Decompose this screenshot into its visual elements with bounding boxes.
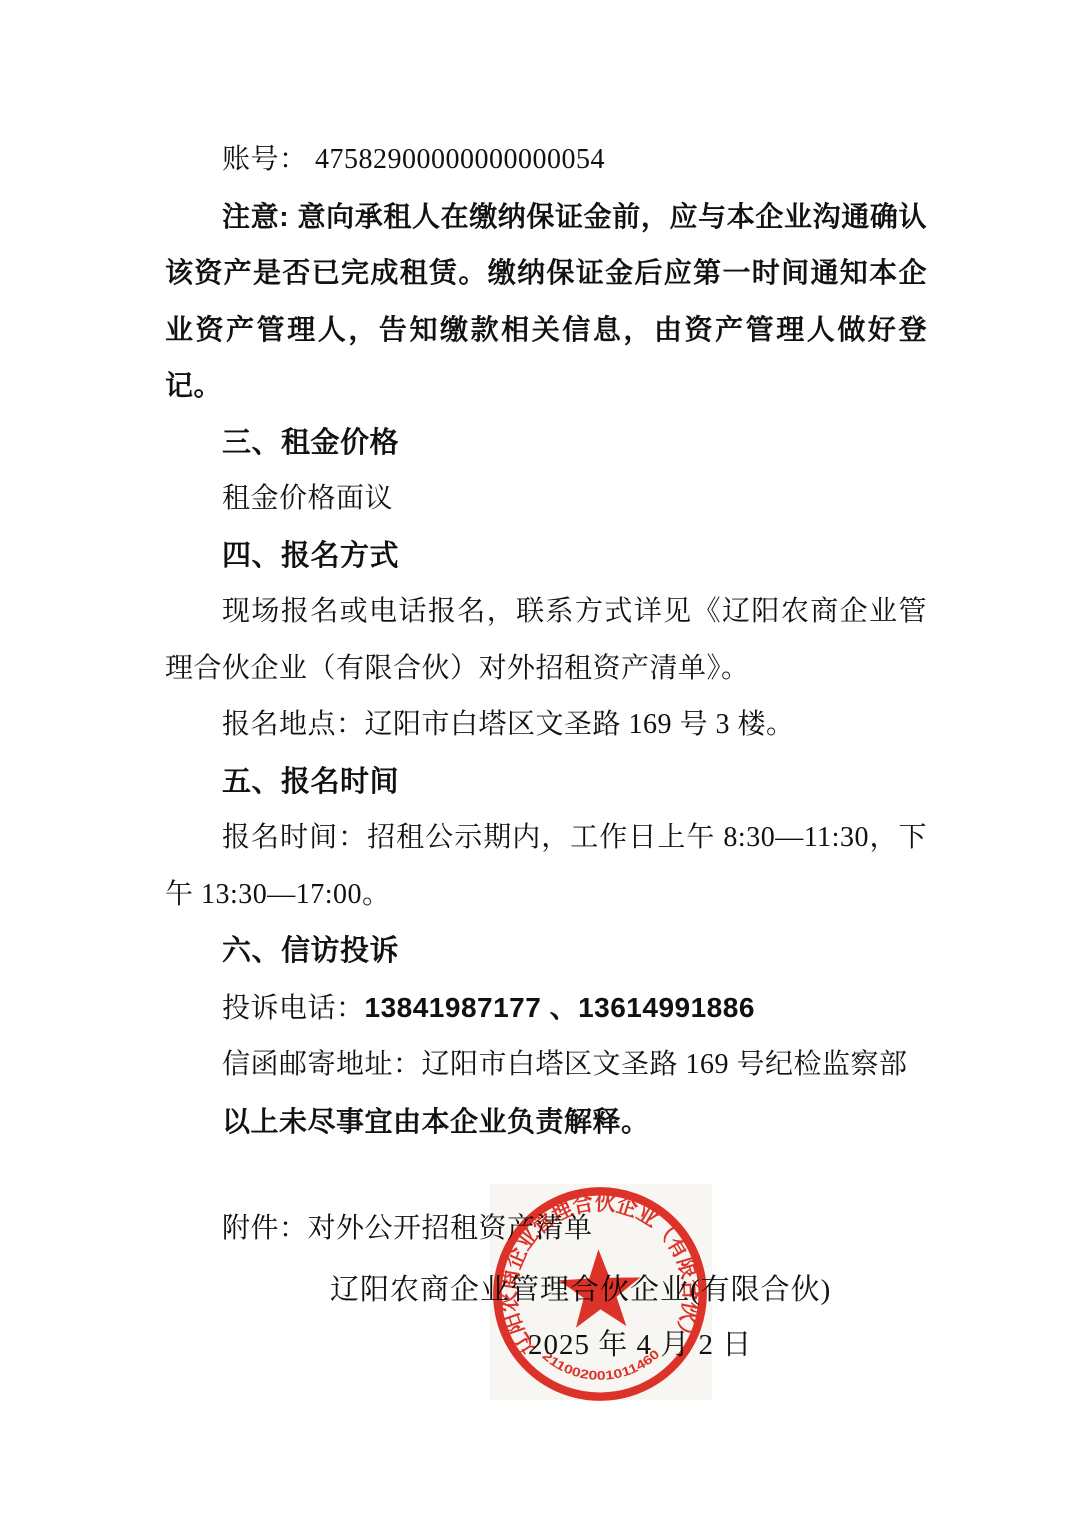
- seal-number: 211002001011460: [539, 1345, 663, 1385]
- section-heading-complaints: 六、信访投诉: [165, 923, 927, 980]
- section-heading-rent-price: 三、租金价格: [165, 415, 927, 472]
- signup-method-paragraph: 现场报名或电话报名，联系方式详见《辽阳农商企业管理合伙企业（有限合伙）对外招租资…: [165, 584, 927, 697]
- document-body: 账号： 47582900000000000054注意: 意向承租人在缴纳保证金前…: [165, 132, 927, 1258]
- signup-time-paragraph: 报名时间：招租公示期内，工作日上午 8:30—11:30，下午 13:30—17…: [165, 810, 927, 923]
- complaint-phone-line: 投诉电话：13841987177 、13614991886: [165, 980, 927, 1038]
- section-heading-signup-time: 五、报名时间: [165, 754, 927, 811]
- signup-location-line: 报名地点：辽阳市白塔区文圣路 169 号 3 楼。: [165, 697, 927, 754]
- rent-price-line: 租金价格面议: [165, 471, 927, 528]
- disclaimer-line: 以上未尽事宜由本企业负责解释。: [165, 1094, 927, 1151]
- document-page: 账号： 47582900000000000054注意: 意向承租人在缴纳保证金前…: [0, 0, 1080, 1527]
- mailing-address-line: 信函邮寄地址：辽阳市白塔区文圣路 169 号纪检监察部: [165, 1037, 927, 1094]
- notice-paragraph: 注意: 意向承租人在缴纳保证金前，应与本企业沟通确认该资产是否已完成租赁。缴纳保…: [165, 189, 927, 415]
- account-number-line: 账号： 47582900000000000054: [165, 132, 927, 189]
- company-seal: 辽阳农商企业管理合伙企业（有限合伙） 211002001011460: [484, 1178, 716, 1410]
- seal-star-icon: [558, 1248, 642, 1328]
- section-heading-signup-method: 四、报名方式: [165, 528, 927, 585]
